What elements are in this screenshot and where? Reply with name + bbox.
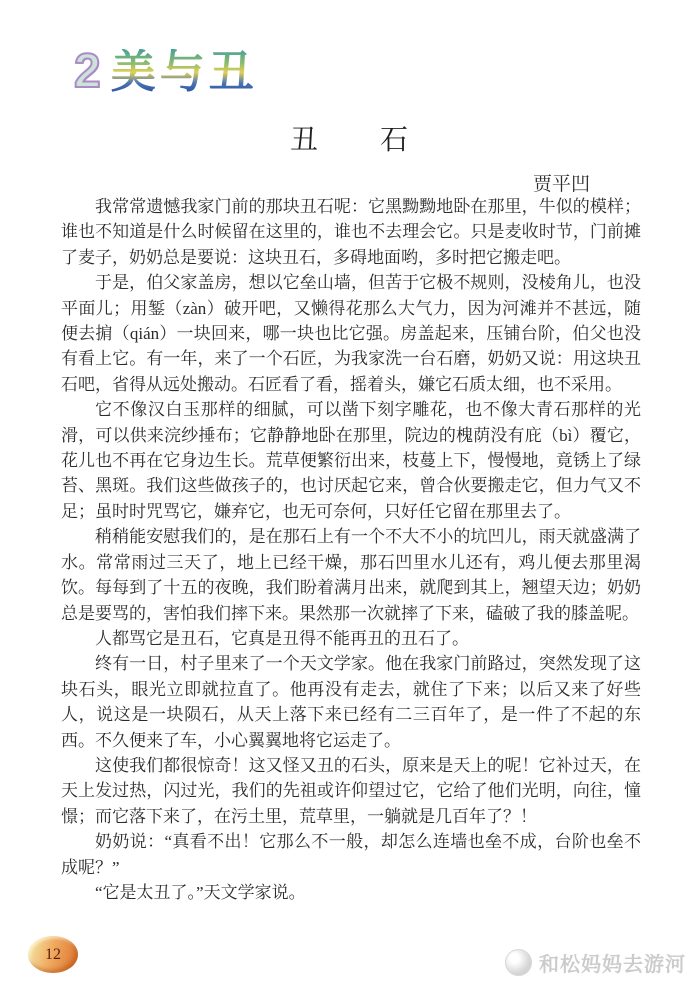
article-paragraph: 奶奶说：“真看不出！它那么不一般，却怎么连墙也垒不成，台阶也垒不成呢？” xyxy=(61,829,641,880)
article-paragraph: 终有一日，村子里来了一个天文学家。他在我家门前路过，突然发现了这块石头，眼光立即… xyxy=(61,651,641,753)
watermark: 和松妈妈去游河 xyxy=(505,948,686,977)
watermark-text: 和松妈妈去游河 xyxy=(539,948,686,977)
article-author: 贾平凹 xyxy=(60,169,640,196)
article-paragraph: 这使我们都很惊奇！这又怪又丑的石头，原来是天上的呢！它补过天，在天上发过热，闪过… xyxy=(61,753,641,829)
article-paragraph: 稍稍能安慰我们的，是在那石上有一个不大不小的坑凹儿，雨天就盛满了水。常常雨过三天… xyxy=(61,524,641,626)
article-body: 我常常遗憾我家门前的那块丑石呢：它黑黝黝地卧在那里，牛似的模样；谁也不知道是什么… xyxy=(61,194,641,905)
watermark-logo-icon xyxy=(505,949,532,976)
textbook-page: 2 美与丑 丑 石 贾平凹 我常常遗憾我家门前的那块丑石呢：它黑黝黝地卧在那里，… xyxy=(0,0,700,1000)
page-number: 12 xyxy=(45,946,61,964)
article-title: 丑 石 xyxy=(0,118,700,158)
lesson-header: 2 美与丑 xyxy=(74,48,258,96)
article-paragraph: 我常常遗憾我家门前的那块丑石呢：它黑黝黝地卧在那里，牛似的模样；谁也不知道是什么… xyxy=(61,194,641,270)
article-paragraph: 人都骂它是丑石，它真是丑得不能再丑的丑石了。 xyxy=(61,626,641,651)
article-paragraph: 于是，伯父家盖房，想以它垒山墙，但苦于它极不规则，没棱角儿，也没平面儿；用錾（z… xyxy=(61,270,641,397)
article-paragraph: “它是太丑了。”天文学家说。 xyxy=(61,880,641,905)
lesson-title: 美与丑 xyxy=(111,49,258,94)
article-paragraph: 它不像汉白玉那样的细腻，可以凿下刻字雕花，也不像大青石那样的光滑，可以供来浣纱捶… xyxy=(61,397,641,524)
lesson-number: 2 xyxy=(74,48,101,96)
page-number-badge: 12 xyxy=(28,936,78,973)
